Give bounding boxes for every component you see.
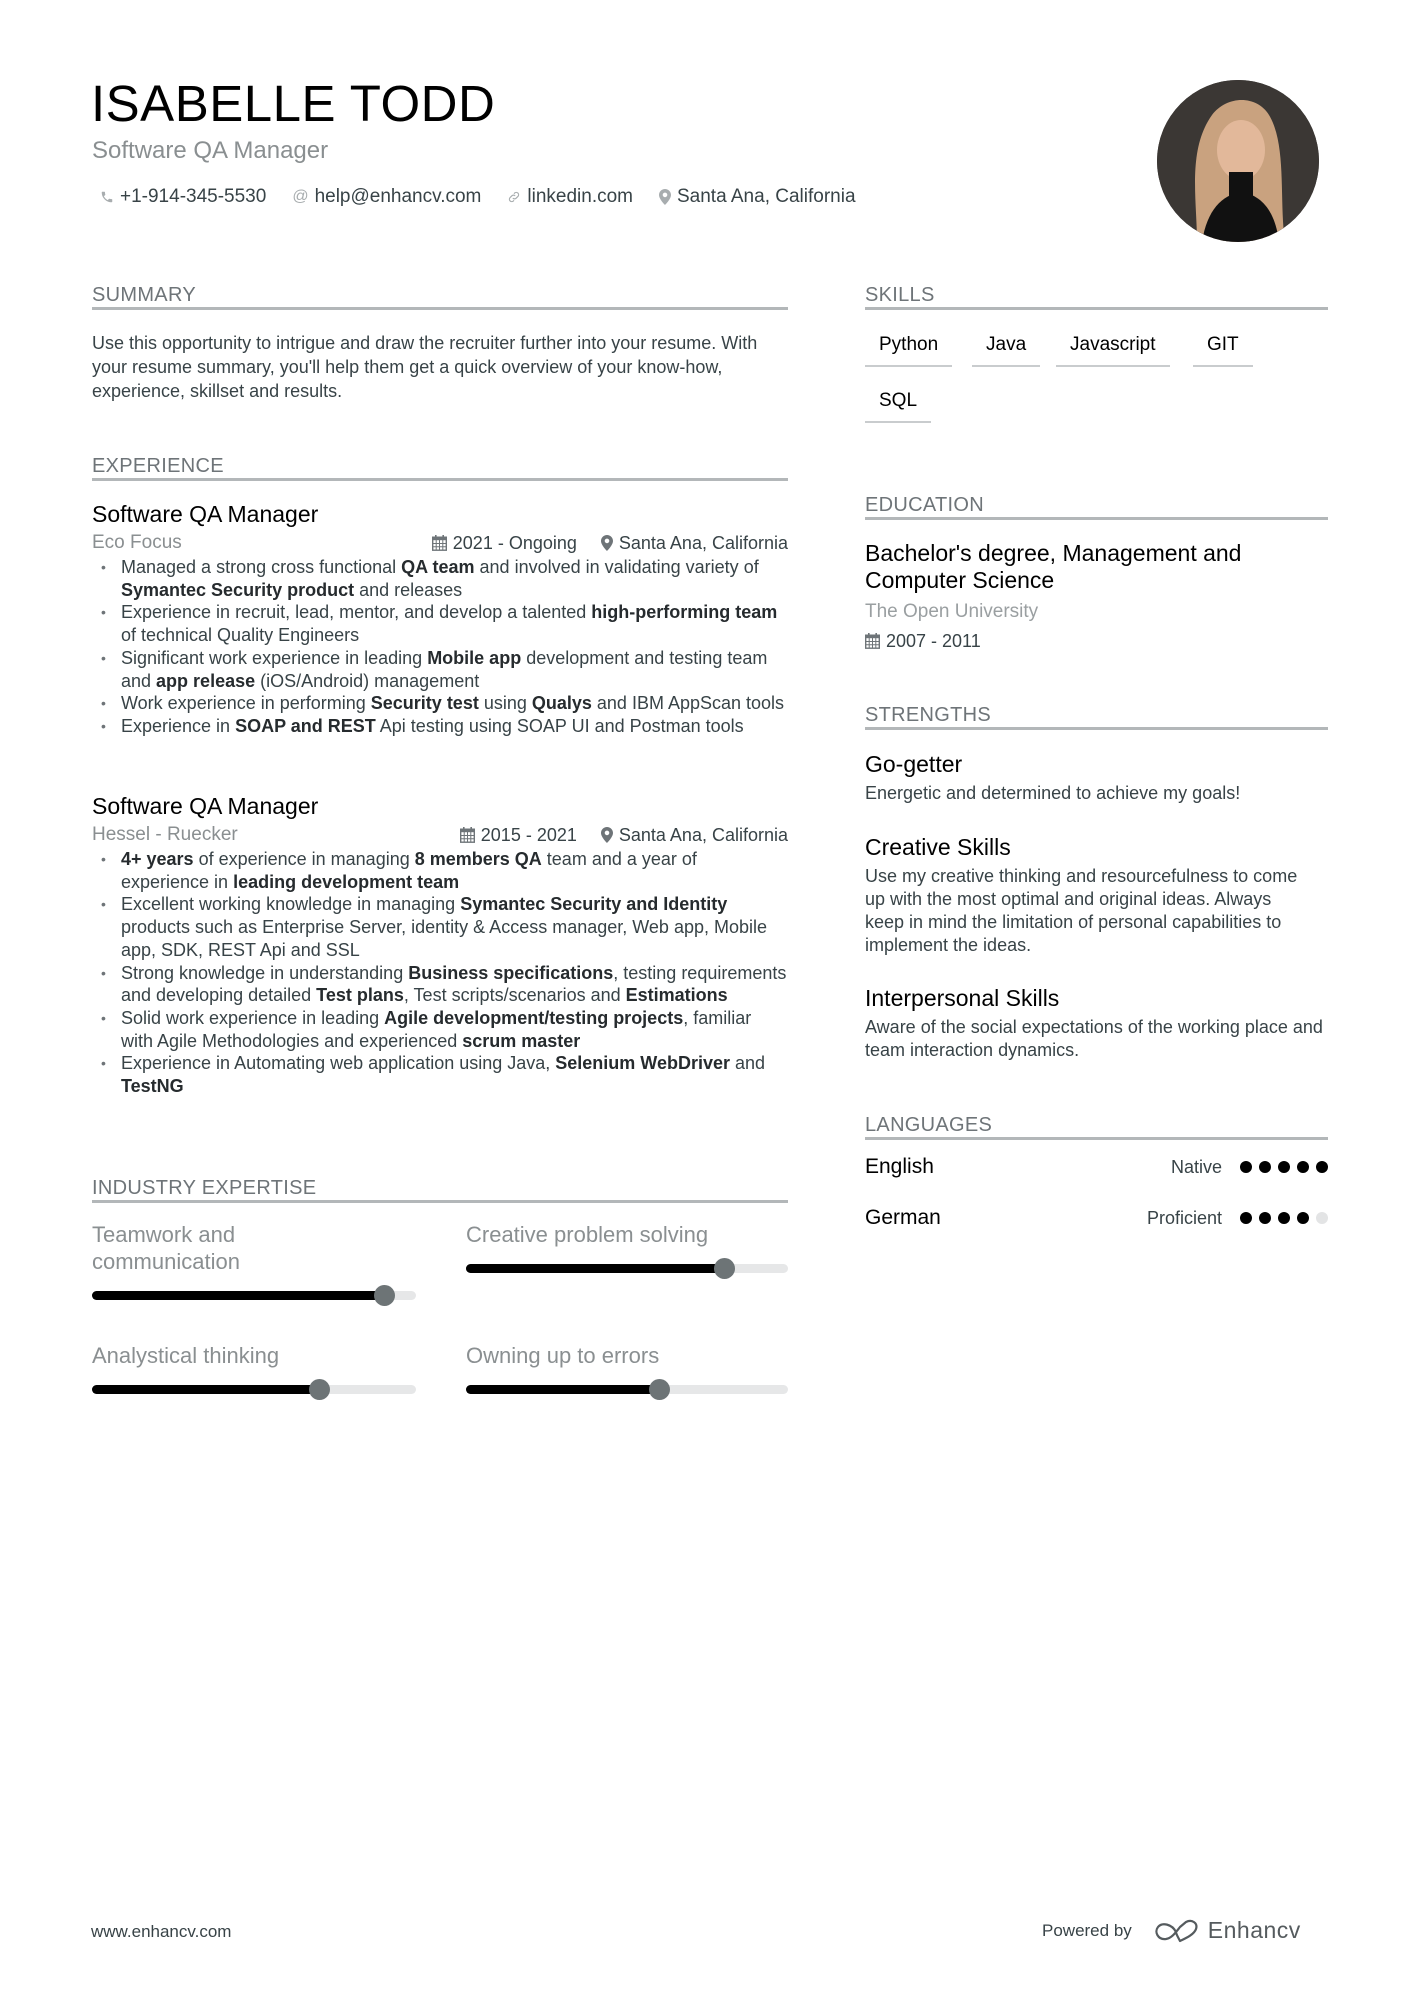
skill-tag: GIT (1193, 333, 1253, 367)
strengths-divider (865, 727, 1328, 730)
expertise-item: Analystical thinking (92, 1342, 416, 1394)
bullet-item: Managed a strong cross functional QA tea… (92, 556, 788, 601)
strength-item: Creative Skills Use my creative thinking… (865, 833, 1328, 957)
summary-divider (92, 307, 788, 310)
profile-photo (1157, 80, 1319, 242)
filled-dot-icon (1278, 1212, 1290, 1224)
strengths-heading: STRENGTHS (865, 703, 991, 727)
expertise-label: Analystical thinking (92, 1342, 416, 1369)
skill-tag: SQL (865, 389, 931, 423)
experience-divider (92, 478, 788, 481)
contact-location-text: Santa Ana, California (677, 185, 856, 209)
location-pin-icon (659, 189, 671, 205)
strength-description: Use my creative thinking and resourceful… (865, 865, 1305, 957)
language-level: Native (1171, 1155, 1222, 1179)
enhancv-logo-text: Enhancv (1208, 1917, 1301, 1944)
bullet-item: 4+ years of experience in managing 8 mem… (92, 848, 788, 893)
job-bullets: Managed a strong cross functional QA tea… (92, 556, 788, 738)
filled-dot-icon (1240, 1161, 1252, 1173)
job-dates: 2021 - Ongoing (432, 531, 577, 555)
job-title: Software QA Manager (92, 792, 788, 820)
filled-dot-icon (1259, 1212, 1271, 1224)
expertise-level-bar (466, 1264, 788, 1273)
strength-title: Go-getter (865, 750, 1328, 778)
languages-divider (865, 1137, 1328, 1140)
skills-divider (865, 307, 1328, 310)
language-level: Proficient (1147, 1206, 1222, 1230)
footer-branding: Powered by Enhancv (1042, 1917, 1301, 1944)
bullet-item: Work experience in performing Security t… (92, 692, 788, 715)
skill-tag: Javascript (1056, 333, 1170, 367)
language-rating-dots (1240, 1161, 1328, 1173)
experience-heading: EXPERIENCE (92, 454, 224, 478)
contact-phone-text: +1-914-345-5530 (120, 185, 266, 209)
at-icon: @ (292, 185, 308, 209)
expertise-level-bar (92, 1291, 416, 1300)
skill-tag: Python (865, 333, 952, 367)
expertise-level-bar (466, 1385, 788, 1394)
education-heading: EDUCATION (865, 493, 984, 517)
language-item: German Proficient (865, 1205, 1328, 1231)
contact-linkedin[interactable]: linkedin.com (507, 185, 633, 209)
calendar-icon (865, 633, 880, 649)
summary-heading: SUMMARY (92, 283, 196, 307)
calendar-icon (432, 535, 447, 551)
job-title: Software QA Manager (92, 500, 788, 528)
expertise-item: Teamwork and communication (92, 1221, 416, 1300)
strength-item: Interpersonal Skills Aware of the social… (865, 984, 1328, 1062)
bullet-item: Strong knowledge in understanding Busine… (92, 962, 788, 1007)
bullet-item: Experience in SOAP and REST Api testing … (92, 715, 788, 738)
powered-by-label: Powered by (1042, 1921, 1132, 1941)
candidate-title: Software QA Manager (92, 136, 328, 166)
candidate-name: ISABELLE TODD (91, 74, 495, 134)
language-name: German (865, 1205, 941, 1231)
education-dates: 2007 - 2011 (865, 629, 981, 653)
filled-dot-icon (1240, 1212, 1252, 1224)
location-pin-icon (601, 535, 613, 551)
bullet-item: Solid work experience in leading Agile d… (92, 1007, 788, 1052)
expertise-label: Teamwork and communication (92, 1221, 292, 1275)
contact-phone[interactable]: +1-914-345-5530 (100, 185, 266, 209)
language-item: English Native (865, 1154, 1328, 1180)
contact-row: +1-914-345-5530 @ help@enhancv.com linke… (100, 185, 856, 209)
filled-dot-icon (1278, 1161, 1290, 1173)
expertise-item: Creative problem solving (466, 1221, 788, 1273)
contact-email-text: help@enhancv.com (315, 185, 482, 209)
bullet-item: Significant work experience in leading M… (92, 647, 788, 692)
strength-item: Go-getter Energetic and determined to ac… (865, 750, 1328, 805)
expertise-label: Creative problem solving (466, 1221, 788, 1248)
job-location: Santa Ana, California (601, 531, 788, 555)
footer-website-link[interactable]: www.enhancv.com (91, 1921, 231, 1943)
education-school: The Open University (865, 600, 1038, 624)
skill-tag: Java (972, 333, 1040, 367)
slider-knob (649, 1379, 670, 1400)
language-rating-dots (1240, 1212, 1328, 1224)
calendar-icon (460, 827, 475, 843)
slider-knob (374, 1285, 395, 1306)
summary-text: Use this opportunity to intrigue and dra… (92, 331, 788, 403)
bullet-item: Experience in recruit, lead, mentor, and… (92, 601, 788, 646)
link-icon (507, 190, 521, 204)
contact-linkedin-text: linkedin.com (527, 185, 633, 209)
expertise-level-bar (92, 1385, 416, 1394)
enhancv-logo[interactable]: Enhancv (1154, 1917, 1301, 1944)
filled-dot-icon (1316, 1161, 1328, 1173)
job-bullets: 4+ years of experience in managing 8 mem… (92, 848, 788, 1098)
bullet-item: Experience in Automating web application… (92, 1052, 788, 1097)
education-degree: Bachelor's degree, Management and Comput… (865, 540, 1285, 594)
job-dates: 2015 - 2021 (460, 823, 577, 847)
contact-location: Santa Ana, California (659, 185, 856, 209)
languages-heading: LANGUAGES (865, 1113, 992, 1137)
job-company: Hessel - Ruecker (92, 823, 238, 847)
job-company: Eco Focus (92, 531, 182, 555)
strength-description: Aware of the social expectations of the … (865, 1016, 1328, 1062)
empty-dot-icon (1316, 1212, 1328, 1224)
job-entry: Software QA Manager Eco Focus 2021 - Ong… (92, 500, 788, 738)
strength-title: Creative Skills (865, 833, 1328, 861)
enhancv-logo-icon (1154, 1919, 1200, 1943)
phone-icon (100, 190, 114, 204)
filled-dot-icon (1297, 1212, 1309, 1224)
bullet-item: Excellent working knowledge in managing … (92, 893, 788, 961)
expertise-label: Owning up to errors (466, 1342, 788, 1369)
expertise-item: Owning up to errors (466, 1342, 788, 1394)
industry-expertise-divider (92, 1200, 788, 1203)
filled-dot-icon (1259, 1161, 1271, 1173)
industry-expertise-heading: INDUSTRY EXPERTISE (92, 1176, 316, 1200)
filled-dot-icon (1297, 1161, 1309, 1173)
slider-knob (309, 1379, 330, 1400)
strength-title: Interpersonal Skills (865, 984, 1328, 1012)
slider-knob (714, 1258, 735, 1279)
skills-heading: SKILLS (865, 283, 935, 307)
contact-email[interactable]: @ help@enhancv.com (292, 185, 481, 209)
strength-description: Energetic and determined to achieve my g… (865, 782, 1328, 805)
job-location: Santa Ana, California (601, 823, 788, 847)
education-divider (865, 517, 1328, 520)
job-entry: Software QA Manager Hessel - Ruecker 201… (92, 792, 788, 1098)
language-name: English (865, 1154, 934, 1180)
location-pin-icon (601, 827, 613, 843)
